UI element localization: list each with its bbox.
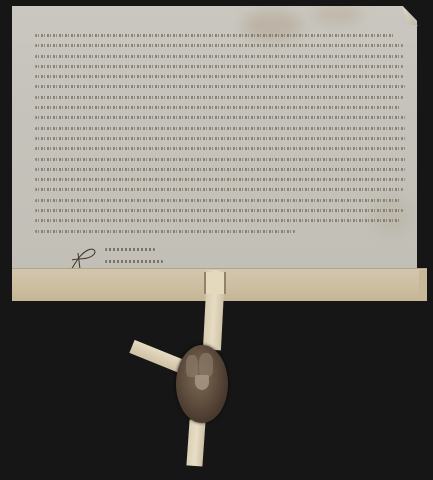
text-line xyxy=(35,216,410,226)
text-line xyxy=(35,175,410,185)
seal-figure xyxy=(199,353,213,377)
text-line xyxy=(35,124,410,134)
text-line xyxy=(35,62,410,72)
text-line xyxy=(35,113,410,123)
text-line xyxy=(35,144,410,154)
text-line xyxy=(35,165,410,175)
subscription-line xyxy=(105,260,163,263)
text-line xyxy=(35,82,410,92)
text-line xyxy=(35,41,410,51)
seal-shield-icon xyxy=(195,375,209,390)
text-line xyxy=(35,134,410,144)
text-line xyxy=(35,31,410,41)
seal-tag-slot xyxy=(204,272,226,294)
text-line xyxy=(35,103,410,113)
plica-edge xyxy=(419,270,427,300)
wax-seal xyxy=(176,345,228,423)
text-line xyxy=(35,206,410,216)
subscription-line xyxy=(105,248,155,251)
stain xyxy=(312,6,362,24)
text-line xyxy=(35,72,410,82)
text-line xyxy=(35,185,410,195)
text-line xyxy=(35,155,410,165)
text-line xyxy=(35,227,410,237)
seal-figure xyxy=(186,355,198,377)
seal-tag-end xyxy=(186,419,205,466)
charter-text xyxy=(35,31,410,237)
text-line xyxy=(35,196,410,206)
text-line xyxy=(35,52,410,62)
text-line xyxy=(35,93,410,103)
